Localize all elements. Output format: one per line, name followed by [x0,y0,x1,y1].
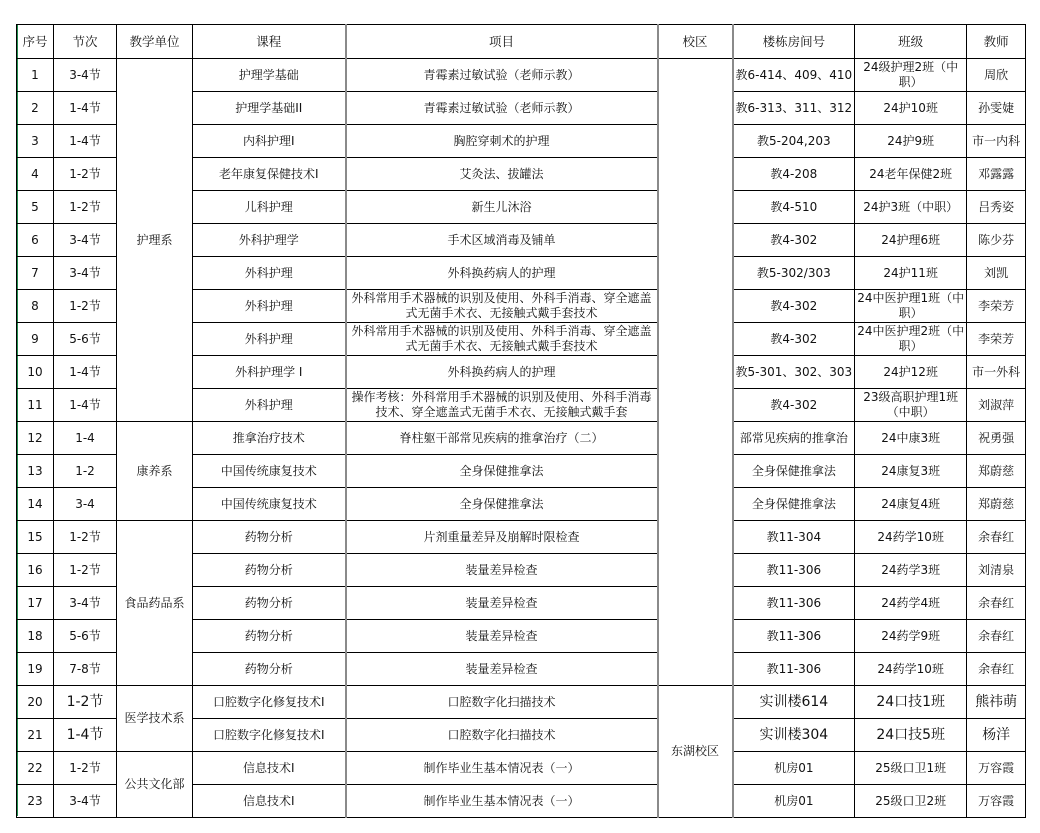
cell-teacher[interactable]: 邓露露 [967,158,1026,191]
cell-room[interactable]: 教11-304 [733,521,855,554]
cell-project[interactable]: 外科常用手术器械的识别及使用、外科手消毒、穿全遮盖式无菌手术衣、无接触式戴手套技… [346,323,658,356]
cell-teacher[interactable]: 郑蔚慈 [967,455,1026,488]
cell-project[interactable]: 装量差异检查 [346,620,658,653]
cell-teacher[interactable]: 熊祎萌 [967,686,1026,719]
cell-teacher[interactable]: 吕秀姿 [967,191,1026,224]
cell-teacher[interactable]: 余春红 [967,620,1026,653]
cell-course[interactable]: 外科护理学 [193,224,346,257]
cell-no[interactable]: 13 [17,455,54,488]
cell-room[interactable]: 教11-306 [733,620,855,653]
table-row: 13-4节护理系护理学基础青霉素过敏试验（老师示教）教6-414、409、410… [17,59,1026,92]
cell-course[interactable]: 外科护理 [193,323,346,356]
cell-teacher[interactable]: 刘清泉 [967,554,1026,587]
cell-class[interactable]: 24护3班（中职） [855,191,967,224]
cell-project[interactable]: 艾灸法、拔罐法 [346,158,658,191]
cell-room[interactable]: 教4-208 [733,158,855,191]
cell-no[interactable]: 17 [17,587,54,620]
cell-period[interactable]: 3-4节 [54,257,117,290]
cell-teacher[interactable]: 余春红 [967,653,1026,686]
cell-project[interactable]: 口腔数字化扫描技术 [346,686,658,719]
cell-project[interactable]: 口腔数字化扫描技术 [346,719,658,752]
cell-project[interactable]: 片剂重量差异及崩解时限检查 [346,521,658,554]
header-class[interactable]: 班级 [855,25,967,59]
cell-teacher[interactable]: 李荣芳 [967,323,1026,356]
cell-no[interactable]: 3 [17,125,54,158]
cell-class[interactable]: 24级护理2班（中职） [855,59,967,92]
cell-period[interactable]: 1-2节 [54,686,117,719]
cell-room[interactable]: 机房01 [733,752,855,785]
cell-project[interactable]: 装量差异检查 [346,587,658,620]
cell-teacher[interactable]: 祝勇强 [967,422,1026,455]
cell-period[interactable]: 1-4节 [54,92,117,125]
cell-class[interactable]: 25级口卫1班 [855,752,967,785]
cell-class[interactable]: 24药学10班 [855,521,967,554]
cell-period[interactable]: 1-4 [54,422,117,455]
cell-period[interactable]: 1-4节 [54,125,117,158]
cell-course[interactable]: 药物分析 [193,620,346,653]
schedule-table: 序号 节次 教学单位 课程 项目 校区 楼栋房间号 班级 教师 13-4节护理系… [16,24,1026,818]
cell-project[interactable]: 装量差异检查 [346,653,658,686]
cell-course[interactable]: 外科护理 [193,257,346,290]
cell-class[interactable]: 24护理6班 [855,224,967,257]
cell-room[interactable]: 教11-306 [733,587,855,620]
cell-room[interactable]: 实训楼304 [733,719,855,752]
cell-class[interactable]: 24老年保健2班 [855,158,967,191]
header-campus[interactable]: 校区 [658,25,733,59]
cell-class[interactable]: 24药学10班 [855,653,967,686]
cell-period[interactable]: 1-4节 [54,389,117,422]
cell-no[interactable]: 12 [17,422,54,455]
cell-course[interactable]: 药物分析 [193,653,346,686]
cell-teacher[interactable]: 万容霞 [967,752,1026,785]
cell-room[interactable]: 教5-302/303 [733,257,855,290]
cell-room[interactable]: 全身保健推拿法 [733,455,855,488]
cell-no[interactable]: 22 [17,752,54,785]
cell-class[interactable]: 24药学3班 [855,554,967,587]
cell-room[interactable]: 教6-414、409、410 [733,59,855,92]
cell-course[interactable]: 外科护理学 I [193,356,346,389]
cell-teacher[interactable]: 市一内科 [967,125,1026,158]
cell-unit[interactable]: 医学技术系 [117,686,193,752]
cell-teacher[interactable]: 刘淑萍 [967,389,1026,422]
cell-course[interactable]: 中国传统康复技术 [193,455,346,488]
cell-teacher[interactable]: 杨洋 [967,719,1026,752]
cell-period[interactable]: 3-4节 [54,59,117,92]
cell-room[interactable]: 教5-301、302、303 [733,356,855,389]
cell-no[interactable]: 23 [17,785,54,818]
cell-period[interactable]: 1-2节 [54,752,117,785]
cell-class[interactable]: 24中医护理2班（中职） [855,323,967,356]
cell-no[interactable]: 6 [17,224,54,257]
cell-room[interactable]: 机房01 [733,785,855,818]
cell-no[interactable]: 21 [17,719,54,752]
cell-project[interactable]: 青霉素过敏试验（老师示教） [346,59,658,92]
header-teacher[interactable]: 教师 [967,25,1026,59]
cell-teacher[interactable]: 陈少芬 [967,224,1026,257]
cell-teacher[interactable]: 周欣 [967,59,1026,92]
cell-room[interactable]: 部常见疾病的推拿治 [733,422,855,455]
cell-course[interactable]: 护理学基础 [193,59,346,92]
cell-no[interactable]: 5 [17,191,54,224]
cell-project[interactable]: 外科换药病人的护理 [346,356,658,389]
cell-project[interactable]: 脊柱躯干部常见疾病的推拿治疗（二） [346,422,658,455]
cell-no[interactable]: 20 [17,686,54,719]
header-no[interactable]: 序号 [17,25,54,59]
cell-class[interactable]: 25级口卫2班 [855,785,967,818]
cell-course[interactable]: 口腔数字化修复技术I [193,719,346,752]
cell-course[interactable]: 护理学基础II [193,92,346,125]
cell-class[interactable]: 24药学4班 [855,587,967,620]
cell-class[interactable]: 24中医护理1班（中职） [855,290,967,323]
cell-project[interactable]: 外科换药病人的护理 [346,257,658,290]
cell-unit[interactable]: 护理系 [117,59,193,422]
cell-room[interactable]: 教4-510 [733,191,855,224]
cell-no[interactable]: 16 [17,554,54,587]
cell-course[interactable]: 外科护理 [193,389,346,422]
cell-no[interactable]: 1 [17,59,54,92]
cell-unit[interactable]: 食品药品系 [117,521,193,686]
cell-project[interactable]: 制作毕业生基本情况表（一） [346,752,658,785]
cell-period[interactable]: 1-4节 [54,719,117,752]
cell-period[interactable]: 5-6节 [54,620,117,653]
cell-class[interactable]: 24护11班 [855,257,967,290]
cell-no[interactable]: 19 [17,653,54,686]
cell-unit[interactable]: 康养系 [117,422,193,521]
cell-unit[interactable]: 公共文化部 [117,752,193,818]
cell-course[interactable]: 中国传统康复技术 [193,488,346,521]
cell-period[interactable]: 3-4节 [54,785,117,818]
cell-teacher[interactable]: 郑蔚慈 [967,488,1026,521]
cell-class[interactable]: 24护12班 [855,356,967,389]
cell-room[interactable]: 教4-302 [733,224,855,257]
cell-teacher[interactable]: 李荣芳 [967,290,1026,323]
cell-no[interactable]: 15 [17,521,54,554]
cell-teacher[interactable]: 万容霞 [967,785,1026,818]
cell-room[interactable]: 教11-306 [733,653,855,686]
schedule-sheet: 序号 节次 教学单位 课程 项目 校区 楼栋房间号 班级 教师 13-4节护理系… [16,24,1026,818]
cell-period[interactable]: 1-2节 [54,290,117,323]
header-row: 序号 节次 教学单位 课程 项目 校区 楼栋房间号 班级 教师 [17,25,1026,59]
table-row: 201-2节医学技术系口腔数字化修复技术I口腔数字化扫描技术东湖校区实训楼614… [17,686,1026,719]
table-row: 121-4康养系推拿治疗技术脊柱躯干部常见疾病的推拿治疗（二）部常见疾病的推拿治… [17,422,1026,455]
cell-course[interactable]: 药物分析 [193,521,346,554]
cell-course[interactable]: 口腔数字化修复技术I [193,686,346,719]
cell-room[interactable]: 教6-313、311、312 [733,92,855,125]
cell-period[interactable]: 1-2节 [54,158,117,191]
cell-class[interactable]: 24康复4班 [855,488,967,521]
cell-period[interactable]: 7-8节 [54,653,117,686]
cell-project[interactable]: 制作毕业生基本情况表（一） [346,785,658,818]
cell-room[interactable]: 教4-302 [733,290,855,323]
cell-no[interactable]: 14 [17,488,54,521]
cell-project[interactable]: 装量差异检查 [346,554,658,587]
cell-teacher[interactable]: 余春红 [967,521,1026,554]
cell-course[interactable]: 药物分析 [193,554,346,587]
cell-period[interactable]: 3-4 [54,488,117,521]
table-row: 151-2节食品药品系药物分析片剂重量差异及崩解时限检查教11-30424药学1… [17,521,1026,554]
header-room[interactable]: 楼栋房间号 [733,25,855,59]
header-project[interactable]: 项目 [346,25,658,59]
cell-course[interactable]: 内科护理I [193,125,346,158]
cell-no[interactable]: 18 [17,620,54,653]
cell-project[interactable]: 全身保健推拿法 [346,488,658,521]
cell-project[interactable]: 全身保健推拿法 [346,455,658,488]
cell-class[interactable]: 24护9班 [855,125,967,158]
cell-period[interactable]: 1-2节 [54,521,117,554]
cell-course[interactable]: 外科护理 [193,290,346,323]
cell-period[interactable]: 1-2节 [54,191,117,224]
cell-no[interactable]: 7 [17,257,54,290]
cell-course[interactable]: 药物分析 [193,587,346,620]
cell-room[interactable]: 教11-306 [733,554,855,587]
cell-teacher[interactable]: 余春红 [967,587,1026,620]
cell-course[interactable]: 信息技术I [193,752,346,785]
cell-class[interactable]: 24药学9班 [855,620,967,653]
cell-project[interactable]: 外科常用手术器械的识别及使用、外科手消毒、穿全遮盖式无菌手术衣、无接触式戴手套技… [346,290,658,323]
table-row: 221-2节公共文化部信息技术I制作毕业生基本情况表（一）机房0125级口卫1班… [17,752,1026,785]
cell-class[interactable]: 24护10班 [855,92,967,125]
cell-room[interactable]: 实训楼614 [733,686,855,719]
cell-class[interactable]: 24口技1班 [855,686,967,719]
cell-period[interactable]: 3-4节 [54,224,117,257]
cell-class[interactable]: 24康复3班 [855,455,967,488]
cell-period[interactable]: 1-2节 [54,554,117,587]
cell-project[interactable]: 青霉素过敏试验（老师示教） [346,92,658,125]
cell-class[interactable]: 24口技5班 [855,719,967,752]
header-unit[interactable]: 教学单位 [117,25,193,59]
cell-course[interactable]: 信息技术I [193,785,346,818]
header-course[interactable]: 课程 [193,25,346,59]
cell-no[interactable]: 10 [17,356,54,389]
cell-course[interactable]: 推拿治疗技术 [193,422,346,455]
cell-teacher[interactable]: 孙雯婕 [967,92,1026,125]
cell-project[interactable]: 手术区域消毒及铺单 [346,224,658,257]
cell-no[interactable]: 9 [17,323,54,356]
cell-teacher[interactable]: 刘凯 [967,257,1026,290]
cell-period[interactable]: 1-2 [54,455,117,488]
cell-room[interactable]: 教5-204,203 [733,125,855,158]
cell-project[interactable]: 新生儿沐浴 [346,191,658,224]
cell-no[interactable]: 2 [17,92,54,125]
cell-course[interactable]: 儿科护理 [193,191,346,224]
cell-room[interactable]: 教4-302 [733,323,855,356]
cell-class[interactable]: 24中康3班 [855,422,967,455]
cell-period[interactable]: 3-4节 [54,587,117,620]
cell-project[interactable]: 胸腔穿刺术的护理 [346,125,658,158]
cell-period[interactable]: 1-4节 [54,356,117,389]
cell-teacher[interactable]: 市一外科 [967,356,1026,389]
cell-no[interactable]: 11 [17,389,54,422]
cell-campus-empty[interactable] [658,59,733,686]
cell-room[interactable]: 教4-302 [733,389,855,422]
cell-campus[interactable]: 东湖校区 [658,686,733,818]
cell-class[interactable]: 23级高职护理1班（中职） [855,389,967,422]
cell-room[interactable]: 全身保健推拿法 [733,488,855,521]
cell-no[interactable]: 4 [17,158,54,191]
cell-period[interactable]: 5-6节 [54,323,117,356]
cell-course[interactable]: 老年康复保健技术I [193,158,346,191]
cell-no[interactable]: 8 [17,290,54,323]
cell-project[interactable]: 操作考核：外科常用手术器械的识别及使用、外科手消毒技术、穿全遮盖式无菌手术衣、无… [346,389,658,422]
header-period[interactable]: 节次 [54,25,117,59]
